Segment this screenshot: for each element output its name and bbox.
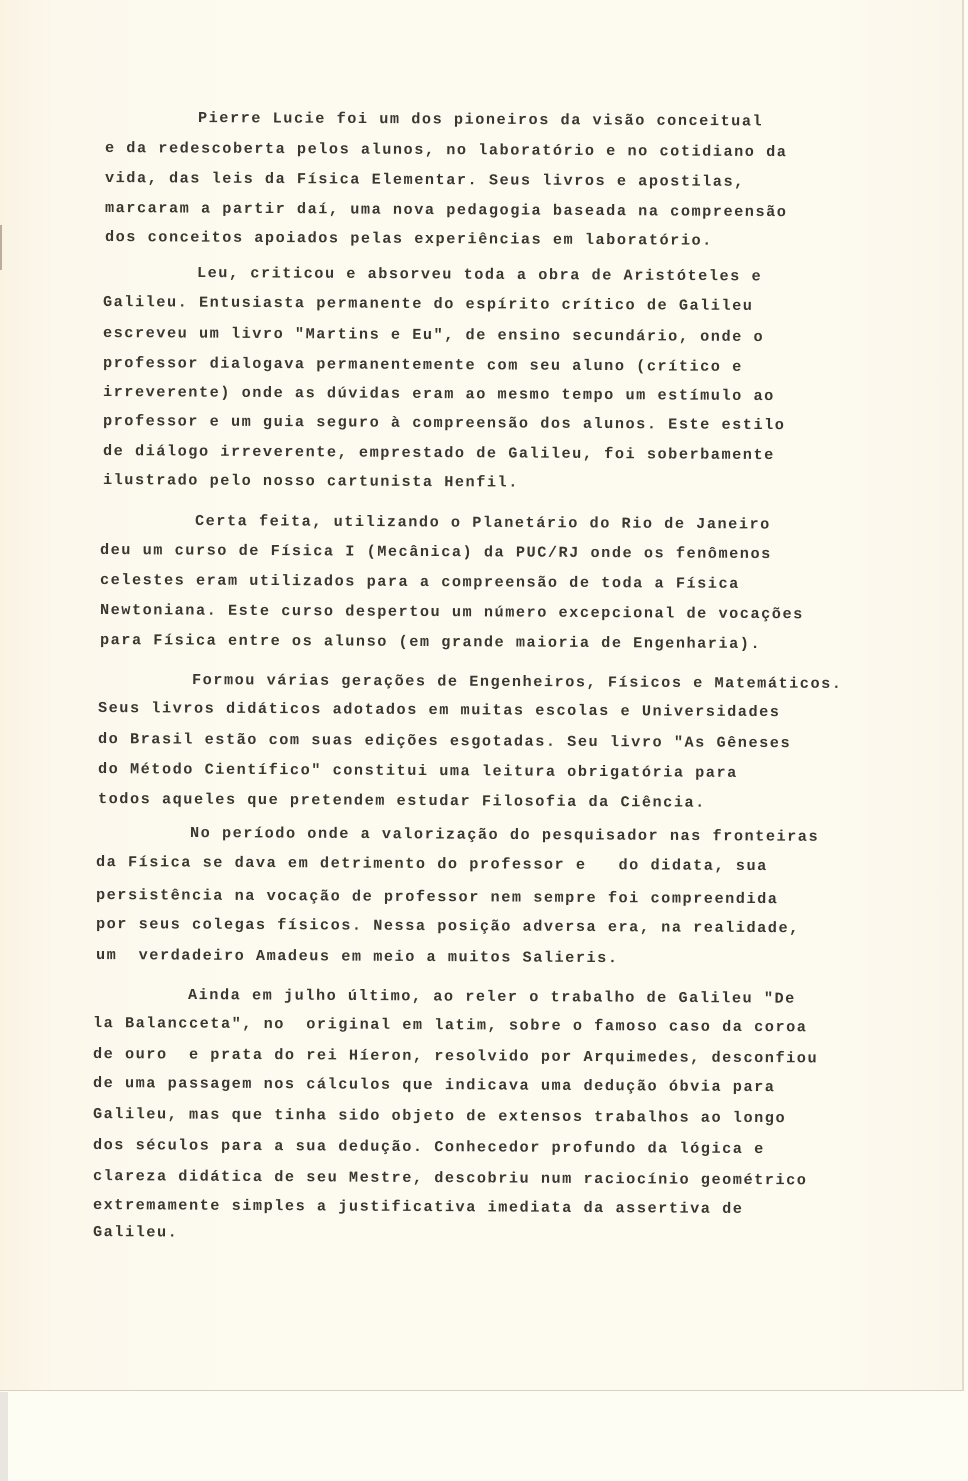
document-page: Pierre Lucie foi um dos pioneiros da vis… [0,0,964,1391]
text-line: de ouro e prata do rei Híeron, resolvido… [93,1045,818,1067]
text-line: para Física entre os alunso (em grande m… [100,631,761,653]
text-line: vida, das leis da Física Elementar. Seus… [105,169,745,191]
text-line: do Método Científico" constitui uma leit… [98,760,738,782]
text-line: irreverente) onde as dúvidas eram ao mes… [103,383,775,405]
text-line: marcaram a partir daí, uma nova pedagogi… [105,199,788,221]
text-line: dos conceitos apoiados pelas experiência… [105,228,713,250]
text-line: extremamente simples a justificativa ime… [93,1196,744,1218]
text-line: persistência na vocação de professor nem… [96,886,779,908]
text-line: Galileu. Entusiasta permanente do espíri… [103,293,754,315]
text-line: por seus colegas físicos. Nessa posição … [96,915,800,937]
text-line: deu um curso de Física I (Mecânica) da P… [100,541,772,563]
text-line: Seus livros didáticos adotados em muitas… [98,699,781,721]
text-line: escreveu um livro "Martins e Eu", de ens… [103,324,764,346]
text-line: clareza didática de seu Mestre, descobri… [93,1167,808,1189]
text-line: todos aqueles que pretendem estudar Filo… [98,790,706,812]
text-line: da Física se dava em detrimento do profe… [96,853,768,875]
text-line: Newtoniana. Este curso despertou um núme… [100,601,804,623]
text-line: do Brasil estão com suas edições esgotad… [98,730,791,752]
text-line: professor dialogava permanentemente com … [103,354,743,376]
text-line: No período onde a valorização do pesquis… [190,824,819,846]
text-line: Leu, criticou e absorveu toda a obra de … [197,264,762,285]
text-line: de uma passagem nos cálculos que indicav… [93,1074,776,1096]
text-line: Galileu. [93,1223,178,1242]
text-line: de diálogo irreverente, emprestado de Ga… [103,442,775,464]
text-line: la Balancceta", no original em latim, so… [93,1014,808,1036]
text-line: dos séculos para a sua dedução. Conheced… [93,1136,765,1158]
text-line: Galileu, mas que tinha sido objeto de ex… [93,1105,786,1127]
text-line: professor e um guia seguro à compreensão… [103,412,786,434]
text-line: Certa feita, utilizando o Planetário do … [195,512,771,534]
text-line: e da redescoberta pelos alunos, no labor… [105,139,788,161]
text-line: um verdadeiro Amadeus em meio a muitos S… [96,946,619,967]
scan-edge-strip [0,1392,8,1481]
text-line: Pierre Lucie foi um dos pioneiros da vis… [198,109,763,130]
page-edge-mark [0,225,2,270]
text-line: celestes eram utilizados para a compreen… [100,571,740,593]
text-line: Formou várias gerações de Engenheiros, F… [192,671,843,693]
text-line: ilustrado pelo nosso cartunista Henfil. [103,471,519,492]
text-line: Ainda em julho último, ao reler o trabal… [188,986,796,1008]
